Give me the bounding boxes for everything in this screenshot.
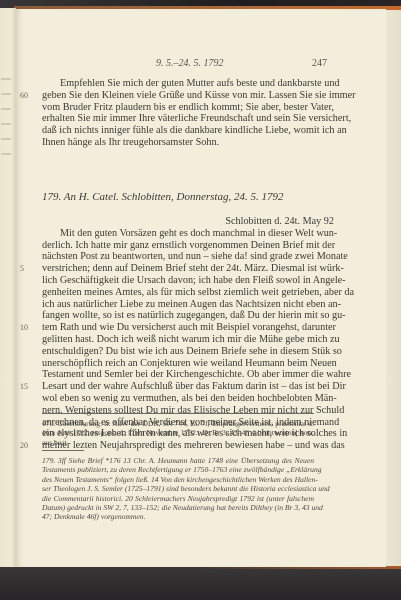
facing-page-text-fragment — [1, 78, 11, 80]
commentary-line: Testaments publiziert, zu deren Rechtfer… — [42, 465, 314, 474]
letter-heading: 179. An H. Catel. Schlobitten, Donnersta… — [42, 191, 334, 203]
running-head-title: 9. 5.–24. 5. 1792 — [156, 58, 224, 69]
letter-body: Schlobitten d. 24t. May 92 Mit den guten… — [42, 216, 334, 452]
commentary-notes: 179. 3ff Siehe Brief *176 13 Chr. A. Heu… — [42, 456, 314, 522]
facing-page-text-fragment — [1, 123, 11, 125]
critical-apparatus: 179. Überlieferung: h: AdW der DDR, SN 7… — [42, 419, 314, 447]
text-line: gelitten hast. Doch ich weiß nicht warum… — [42, 334, 334, 346]
text-line: fangen wollte, so ist es natürlich zugeg… — [42, 310, 334, 322]
letter-dateline: Schlobitten d. 24t. May 92 — [42, 216, 334, 228]
facing-page-edge — [0, 8, 16, 568]
facing-page-text-fragment — [1, 138, 11, 140]
line-number: 15 — [20, 381, 36, 393]
line-number: 5 — [20, 263, 36, 275]
commentary-line: ser Theologen J. S. Semler (1725–1791) s… — [42, 484, 314, 493]
text-line: genheiten meines Amtes, als für mich sel… — [42, 287, 334, 299]
text-line: nern. Wenigstens solltest Du mir das Eli… — [42, 405, 334, 417]
commentary-line: die Commentarii historici. 20 Schleierma… — [42, 494, 314, 503]
line-number: 10 — [20, 322, 36, 334]
apparatus-line: 179. Überlieferung: h: AdW der DDR, SN 7… — [42, 419, 314, 428]
facing-page-text-fragment — [1, 153, 11, 155]
facing-page-text-fragment — [1, 108, 11, 110]
photo-background-bottom — [0, 567, 401, 600]
text-line: Mit den guten Vorsäzen geht es doch manc… — [42, 228, 334, 240]
text-line: 10tem Rath und wie Du versicherst auch m… — [42, 322, 334, 334]
page-stack-edge — [384, 10, 401, 570]
text-line: daß ich nichts inniger fühle als die dan… — [42, 125, 334, 137]
text-line: Testament und Semler bei der Kirchengesc… — [42, 369, 334, 381]
text-line: nächsten Post zu beantworten, und nun – … — [42, 251, 334, 263]
book-page: 9. 5.–24. 5. 1792 247 Empfehlen Sie mich… — [16, 9, 386, 567]
text-line: ich aus natürlicher Liebe zu meinen Auge… — [42, 299, 334, 311]
text-line: 15Lesart und der wahre Aufschluß über da… — [42, 381, 334, 393]
text-line: 5verstrichen; denn auf Deinem Brief steh… — [42, 263, 334, 275]
commentary-line: des Neuen Testaments“ folgen ließ. 14 Vo… — [42, 475, 314, 484]
text-line: Empfehlen Sie mich der guten Mutter aufs… — [42, 78, 334, 90]
previous-letter-ending: Empfehlen Sie mich der guten Mutter aufs… — [42, 78, 334, 149]
commentary-line: 179. 3ff Siehe Brief *176 13 Chr. A. Heu… — [42, 456, 314, 465]
apparatus-line: aus beat — [42, 438, 314, 447]
page-number: 247 — [312, 58, 327, 69]
line-number: 20 — [20, 440, 36, 452]
text-line: unerschöpflich reich an Conjekturen wie … — [42, 358, 334, 370]
facing-page-text-fragment — [1, 93, 11, 95]
text-line: Ihnen hänge als Ihr treugehorsamster Soh… — [42, 137, 334, 149]
footnote-rule — [42, 413, 314, 414]
apparatus-line: 1ten Juni 1792. respons. d. 17ten Novemb… — [42, 428, 314, 437]
text-line: derlich. Ich hatte mir ganz ernstlich vo… — [42, 240, 334, 252]
commentary-line: Datum) gedruckt in SW 2, 7, 133–152; die… — [42, 503, 314, 512]
text-line: wol eben so wenig zu vermuthen, als bei … — [42, 393, 334, 405]
line-number: 60 — [20, 90, 36, 102]
text-line: vom Bruder Fritz plaudern bis er endlich… — [42, 102, 334, 114]
text-line: 60geben Sie den Kleinen viele Grüße und … — [42, 90, 334, 102]
text-line: erhalten Sie mir immer Ihre väterliche F… — [42, 113, 334, 125]
text-line: entschuldigen? Du bist wie ich aus Deine… — [42, 346, 334, 358]
commentary-rule — [42, 450, 84, 451]
text-line: lich Geschäftigkeit die Ursach davon; ic… — [42, 275, 334, 287]
commentary-line: 47; Denkmale 46f) vorgenommen. — [42, 512, 314, 521]
